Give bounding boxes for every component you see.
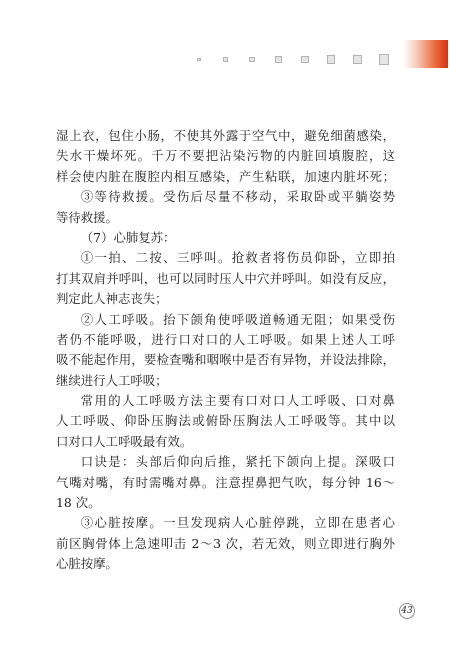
- text-line: 样会使内脏在腹腔内相互感染，产生粘联，加速内脏坏死；: [56, 167, 395, 187]
- book-page: 湿上衣，包住小肠，不使其外露于空气中，避免细菌感染，失水干燥坏死。千万不要把沾染…: [0, 0, 450, 658]
- text-line: 湿上衣，包住小肠，不使其外露于空气中，避免细菌感染，: [56, 126, 395, 146]
- text-line: 者仍不能呼吸，进行口对口的人工呼吸。如果上述人工呼: [56, 330, 395, 350]
- header-square-slot: [212, 53, 238, 66]
- header-square: [379, 54, 390, 65]
- text-line: 气嘴对嘴，有时需嘴对鼻。注意捏鼻把气吹，每分钟 16～: [56, 473, 395, 493]
- text-line: ①一拍、二按、三呼叫。抢救者将伤员仰卧，立即拍: [56, 248, 395, 268]
- page-number: 43: [401, 606, 412, 616]
- header-square-slot: [265, 53, 291, 66]
- header-square: [197, 58, 201, 62]
- text-line: 口诀是：头部后仰向后推，紧托下颌向上提。深吸口: [56, 452, 395, 472]
- header-square: [223, 57, 228, 62]
- text-line: ③心脏按摩。一旦发现病人心脏停跳，立即在患者心: [56, 513, 395, 533]
- header-square-slot: [318, 53, 344, 66]
- header-square-slot: [239, 53, 265, 66]
- text-line: ③等待救援。受伤后尽量不移动，采取卧或平躺姿势: [56, 187, 395, 207]
- text-line: （7）心肺复苏：: [56, 228, 395, 248]
- text-line: 18 次。: [56, 493, 395, 513]
- text-line: 判定此人神志丧失；: [56, 289, 395, 309]
- header-square: [327, 55, 336, 64]
- page-number-badge: 43: [399, 603, 415, 619]
- text-line: 常用的人工呼吸方法主要有口对口人工呼吸、口对鼻: [56, 391, 395, 411]
- text-line: 吸不能起作用，要检查嘴和咽喉中是否有异物，并设法排除，: [56, 350, 395, 370]
- text-line: 心脏按摩。: [56, 554, 395, 574]
- header-square: [275, 56, 282, 63]
- header-square: [353, 55, 363, 65]
- body-text: 湿上衣，包住小肠，不使其外露于空气中，避免细菌感染，失水干燥坏死。千万不要把沾染…: [56, 126, 395, 575]
- text-line: 前区胸骨体上急速叩击 2～3 次，若无效，则立即进行胸外: [56, 534, 395, 554]
- text-line: 等待救援。: [56, 208, 395, 228]
- header-square-slot: [292, 53, 318, 66]
- text-line: ②人工呼吸。抬下颌角使呼吸道畅通无阻；如果受伤: [56, 310, 395, 330]
- text-line: 人工呼吸、仰卧压胸法或俯卧压胸法人工呼吸等。其中以: [56, 411, 395, 431]
- header-square: [301, 56, 309, 64]
- text-line: 口对口人工呼吸最有效。: [56, 432, 395, 452]
- header-square-slot: [371, 53, 397, 66]
- header-square: [249, 57, 255, 63]
- text-line: 失水干燥坏死。千万不要把沾染污物的内脏回填腹腔，这: [56, 146, 395, 166]
- text-line: 继续进行人工呼吸；: [56, 371, 395, 391]
- header-square-slot: [186, 53, 212, 66]
- header-accent-block: [403, 40, 448, 68]
- header-squares: [186, 53, 398, 66]
- header-square-slot: [344, 53, 370, 66]
- text-line: 打其双肩并呼叫，也可以同时压人中穴并呼叫。如没有反应，: [56, 269, 395, 289]
